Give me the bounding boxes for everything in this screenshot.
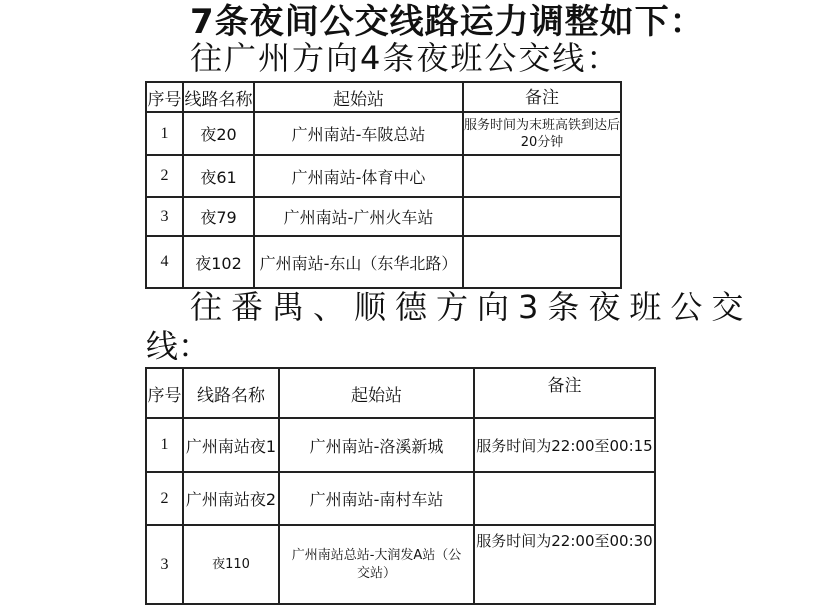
- header-note: 备注: [474, 368, 655, 418]
- cell-stations: 广州南站-体育中心: [254, 155, 463, 197]
- header-route: 线路名称: [183, 368, 279, 418]
- cell-no: 2: [146, 155, 183, 197]
- cell-stations: 广州南站-广州火车站: [254, 197, 463, 236]
- cell-no: 1: [146, 112, 183, 155]
- guangzhou-routes-table: 序号 线路名称 起始站 备注 1 夜20 广州南站-车陂总站 服务时间为末班高铁…: [145, 81, 622, 289]
- cell-route: 夜79: [183, 197, 254, 236]
- cell-no: 2: [146, 472, 183, 525]
- header-no: 序号: [146, 368, 183, 418]
- table-row: 4 夜102 广州南站-东山（东华北路）: [146, 236, 621, 288]
- section2-heading-line1: 往番禺、顺德方向3条夜班公交: [190, 287, 752, 327]
- cell-stations: 广州南站-车陂总站: [254, 112, 463, 155]
- cell-route: 广州南站夜2: [183, 472, 279, 525]
- header-stations: 起始站: [279, 368, 474, 418]
- header-note: 备注: [463, 82, 621, 112]
- table-header-row: 序号 线路名称 起始站 备注: [146, 82, 621, 112]
- cell-note: 服务时间为22:00至00:15: [474, 418, 655, 472]
- table-row: 2 广州南站夜2 广州南站-南村车站: [146, 472, 655, 525]
- header-stations: 起始站: [254, 82, 463, 112]
- table-row: 1 广州南站夜1 广州南站-洛溪新城 服务时间为22:00至00:15: [146, 418, 655, 472]
- header-no: 序号: [146, 82, 183, 112]
- header-route: 线路名称: [183, 82, 254, 112]
- cell-note: [463, 155, 621, 197]
- cell-route: 夜102: [183, 236, 254, 288]
- table-row: 1 夜20 广州南站-车陂总站 服务时间为末班高铁到达后20分钟: [146, 112, 621, 155]
- cell-note: [463, 197, 621, 236]
- panyu-shunde-routes-table: 序号 线路名称 起始站 备注 1 广州南站夜1 广州南站-洛溪新城 服务时间为2…: [145, 367, 656, 605]
- cell-no: 1: [146, 418, 183, 472]
- cell-route: 广州南站夜1: [183, 418, 279, 472]
- cell-note: 服务时间为末班高铁到达后20分钟: [463, 112, 621, 155]
- cell-stations: 广州南站-洛溪新城: [279, 418, 474, 472]
- table-row: 2 夜61 广州南站-体育中心: [146, 155, 621, 197]
- cell-note: [474, 472, 655, 525]
- table-header-row: 序号 线路名称 起始站 备注: [146, 368, 655, 418]
- section1-heading: 往广州方向4条夜班公交线：: [190, 38, 620, 78]
- cell-route: 夜20: [183, 112, 254, 155]
- cell-no: 4: [146, 236, 183, 288]
- section2-heading-line2: 线：: [146, 326, 210, 366]
- cell-no: 3: [146, 525, 183, 604]
- table-row: 3 夜79 广州南站-广州火车站: [146, 197, 621, 236]
- cell-note: [463, 236, 621, 288]
- table-row: 3 夜110 广州南站总站-大润发A站（公交站） 服务时间为22:00至00:3…: [146, 525, 655, 604]
- cell-note: 服务时间为22:00至00:30: [474, 525, 655, 604]
- cell-stations: 广州南站-东山（东华北路）: [254, 236, 463, 288]
- cell-route: 夜61: [183, 155, 254, 197]
- document-title: 7条夜间公交线路运力调整如下：: [190, 2, 705, 42]
- cell-stations: 广州南站-南村车站: [279, 472, 474, 525]
- cell-no: 3: [146, 197, 183, 236]
- cell-stations: 广州南站总站-大润发A站（公交站）: [279, 525, 474, 604]
- cell-route: 夜110: [183, 525, 279, 604]
